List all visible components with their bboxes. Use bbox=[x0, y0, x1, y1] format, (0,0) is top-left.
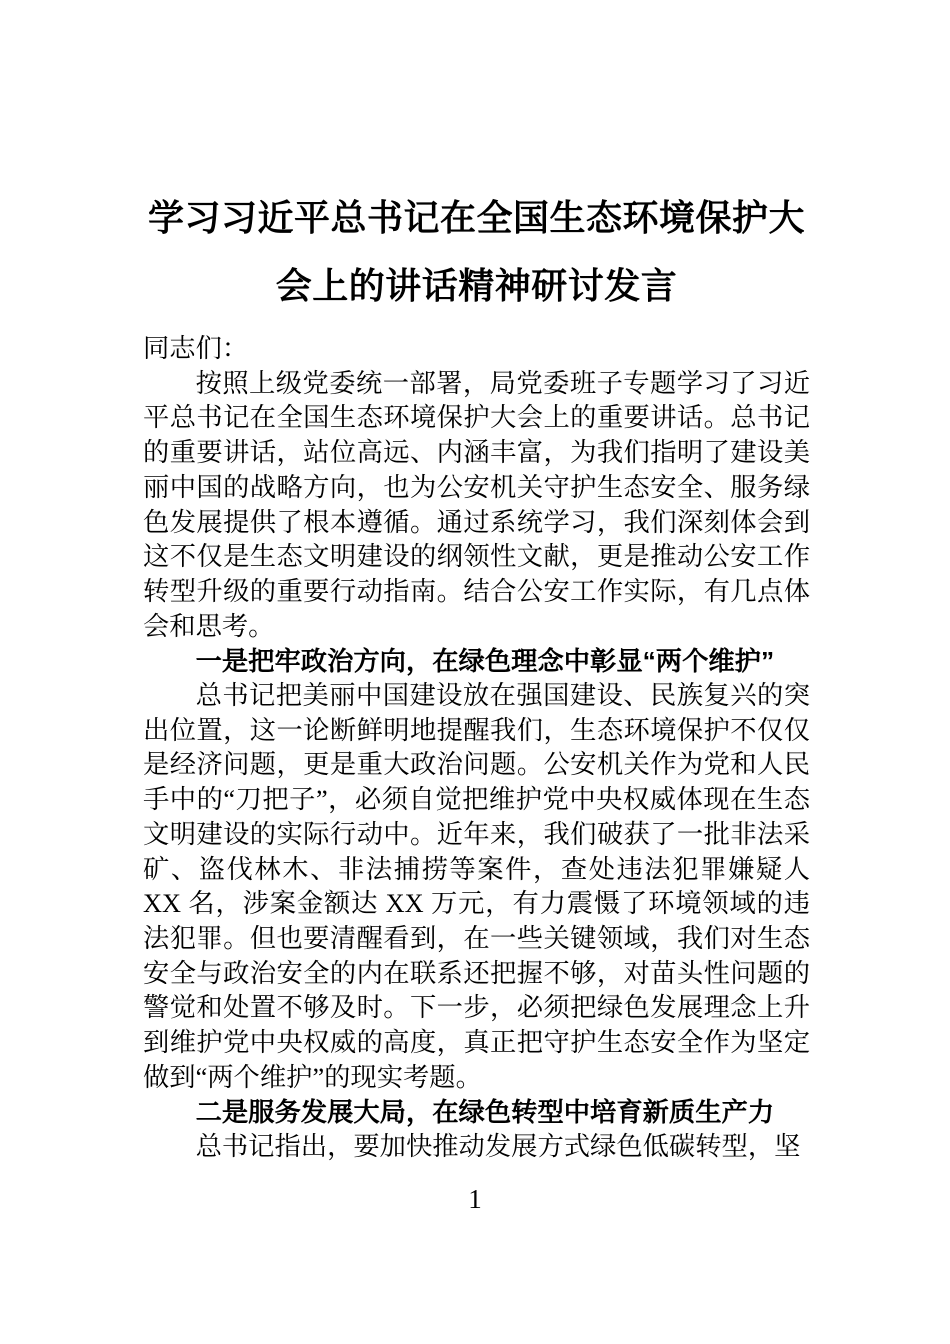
document-page: 学习习近平总书记在全国生态环境保护大会上的讲话精神研讨发言 同志们： 按照上级党… bbox=[0, 0, 950, 1344]
intro-paragraph: 按照上级党委统一部署，局党委班子专题学习了习近平总书记在全国生态环境保护大会上的… bbox=[143, 367, 810, 645]
section-heading-1: 一是把牢政治方向，在绿色理念中彰显“两个维护” bbox=[143, 644, 810, 679]
section-2-paragraph: 总书记指出，要加快推动发展方式绿色低碳转型，坚 bbox=[143, 1130, 810, 1165]
section-1-paragraph: 总书记把美丽中国建设放在强国建设、民族复兴的突出位置，这一论断鲜明地提醒我们，生… bbox=[143, 679, 810, 1095]
document-body: 同志们： 按照上级党委统一部署，局党委班子专题学习了习近平总书记在全国生态环境保… bbox=[143, 332, 810, 1165]
page-number: 1 bbox=[0, 1184, 950, 1214]
document-title: 学习习近平总书记在全国生态环境保护大会上的讲话精神研讨发言 bbox=[143, 184, 810, 320]
section-heading-2: 二是服务发展大局，在绿色转型中培育新质生产力 bbox=[143, 1095, 810, 1130]
salutation-paragraph: 同志们： bbox=[143, 332, 810, 367]
